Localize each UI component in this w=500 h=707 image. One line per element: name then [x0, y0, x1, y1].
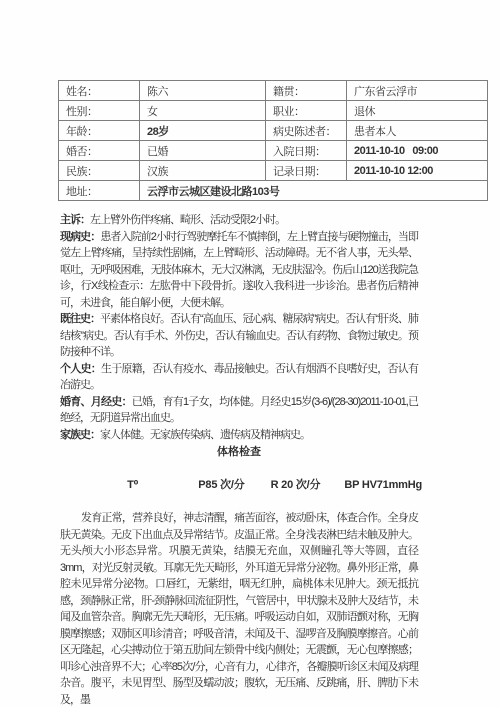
section-label: 既往史： — [60, 313, 100, 325]
field-label-sex: 性别： — [59, 101, 140, 121]
field-value-name: 陈六 — [140, 81, 266, 101]
field-value-history-narrator: 患者本人 — [347, 121, 488, 141]
section-text: 生于原籍，否认有疫水、毒品接触史。否认有烟酒不良嗜好史，否认有冶游史。 — [60, 363, 418, 392]
vital-pulse: P85 次/分 — [198, 477, 244, 494]
section-marital-menstrual-history: 婚育、月经史：已婚，育有1子女，均体健。月经史15岁(3-6)/(28-30)2… — [60, 394, 418, 427]
field-label-marital-status: 婚否： — [59, 141, 140, 161]
medical-record-page: 姓名： 陈六 籍贯： 广东省云浮市 性别： 女 职业： 退休 年龄： 28岁 病… — [0, 0, 500, 707]
field-value-record-date: 2011-10-10 12:00 — [347, 161, 488, 181]
field-label-admission-date: 入院日期： — [266, 141, 347, 161]
section-label: 现病史： — [60, 231, 100, 243]
vitals-line: T⁰P85 次/分R 20 次/分BP HV71mmHg — [60, 461, 418, 511]
section-label: 婚育、月经史： — [60, 396, 132, 408]
field-value-sex: 女 — [140, 101, 266, 121]
field-value-ethnicity: 汉族 — [140, 161, 266, 181]
section-text: 左上臂外伤伴疼痛、畸形、活动受限2小时。 — [90, 214, 285, 226]
field-label-age: 年龄： — [59, 121, 140, 141]
field-label-occupation: 职业： — [266, 101, 347, 121]
section-text: 家人体健。无家族传染病、遗传病及精神病史。 — [100, 429, 310, 441]
section-past-history: 既往史：平素体格良好。否认有“高血压、冠心病、糖尿病”病史。否认有“肝炎、肺结核… — [60, 311, 418, 361]
field-value-native-place: 广东省云浮市 — [347, 81, 488, 101]
section-text: 患者入院前2小时行驾驶摩托车不慎摔倒，左上臂直接与硬物撞击，当即觉左上臂疼痛，呈… — [60, 231, 418, 309]
field-value-admission-date: 2011-10-10 09:00 — [347, 141, 488, 161]
field-value-address: 云浮市云城区建设北路103号 — [140, 181, 488, 201]
table-row: 姓名： 陈六 籍贯： 广东省云浮市 — [59, 81, 488, 101]
record-body: 主诉：左上臂外伤伴疼痛、畸形、活动受限2小时。 现病史：患者入院前2小时行驾驶摩… — [60, 212, 418, 707]
section-personal-history: 个人史：生于原籍，否认有疫水、毒品接触史。否认有烟酒不良嗜好史，否认有冶游史。 — [60, 361, 418, 394]
section-text: 平素体格良好。否认有“高血压、冠心病、糖尿病”病史。否认有“肝炎、肺结核”病史。… — [60, 313, 418, 358]
field-label-native-place: 籍贯： — [266, 81, 347, 101]
section-family-history: 家族史：家人体健。无家族传染病、遗传病及精神病史。 — [60, 427, 418, 444]
section-label: 个人史： — [60, 363, 101, 375]
field-value-age: 28岁 — [140, 121, 266, 141]
table-row: 民族： 汉族 记录日期： 2011-10-10 12:00 — [59, 161, 488, 181]
field-label-ethnicity: 民族： — [59, 161, 140, 181]
field-value-occupation: 退休 — [347, 101, 488, 121]
patient-info-table: 姓名： 陈六 籍贯： 广东省云浮市 性别： 女 职业： 退休 年龄： 28岁 病… — [58, 80, 488, 201]
vital-blood-pressure: BP HV71mmHg — [344, 477, 422, 494]
field-label-history-narrator: 病史陈述者： — [266, 121, 347, 141]
exam-findings: 发育正常，营养良好，神志清醒，痛苦面容，被动卧床，体查合作。全身皮肤无黄染。无皮… — [60, 510, 418, 707]
physical-exam-heading: 体格检查 — [60, 444, 418, 461]
table-row: 年龄： 28岁 病史陈述者： 患者本人 — [59, 121, 488, 141]
vital-temperature: T⁰ — [127, 477, 138, 494]
field-label-record-date: 记录日期： — [266, 161, 347, 181]
vital-respiration: R 20 次/分 — [271, 477, 321, 494]
section-label: 主诉： — [60, 214, 90, 226]
section-label: 家族史： — [60, 429, 100, 441]
field-value-marital-status: 已婚 — [140, 141, 266, 161]
table-row: 婚否： 已婚 入院日期： 2011-10-10 09:00 — [59, 141, 488, 161]
field-label-address: 地址： — [59, 181, 140, 201]
table-row-address: 地址： 云浮市云城区建设北路103号 — [59, 181, 488, 201]
field-label-name: 姓名： — [59, 81, 140, 101]
section-chief-complaint: 主诉：左上臂外伤伴疼痛、畸形、活动受限2小时。 — [60, 212, 418, 229]
table-row: 性别： 女 职业： 退休 — [59, 101, 488, 121]
section-present-illness: 现病史：患者入院前2小时行驾驶摩托车不慎摔倒，左上臂直接与硬物撞击，当即觉左上臂… — [60, 229, 418, 312]
